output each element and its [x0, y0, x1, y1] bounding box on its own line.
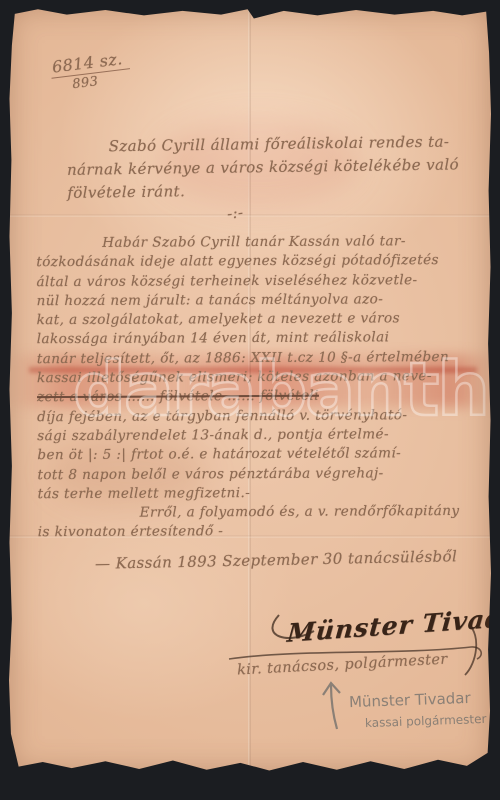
handwritten-line: kassai illetőségűnek elismeri; köteles a… — [37, 367, 487, 389]
handwritten-line: ben öt |: 5 :| frtot o.é. e határozat vé… — [37, 444, 487, 466]
handwritten-line: által a város községi terheinek viselésé… — [36, 270, 486, 292]
pencil-note-title: kassai polgármester — [365, 712, 487, 730]
handwritten-line: nül hozzá nem járult: a tanács méltányol… — [36, 290, 486, 312]
handwritten-line: tás terhe mellett megfizetni.- — [38, 483, 488, 505]
handwritten-line: lakossága irányában 14 éven át, mint reá… — [37, 328, 487, 350]
handwritten-line: Erről, a folyamodó és, a v. rendőrfőkapi… — [140, 502, 488, 523]
handwritten-line: fölvétele iránt. — [67, 176, 477, 205]
fold-crease-horizontal-upper — [9, 214, 491, 217]
handwritten-line-struck-through: zett a város …… fölvétele …… fölvételi — [37, 386, 487, 408]
reference-number: 6814 sz. 893 — [49, 48, 132, 94]
section-separator-flourish: -:- — [226, 203, 244, 223]
handwritten-line: sági szabályrendelet 13-ának d., pontja … — [37, 425, 487, 447]
handwritten-line: tanár teljesített, őt, az 1886: XXII t.c… — [37, 348, 487, 370]
body-paragraph: Habár Szabó Cyrill tanár Kassán való tar… — [36, 232, 488, 543]
handwritten-line: Habár Szabó Cyrill tanár Kassán való tar… — [36, 232, 486, 254]
signature-title: kir. tanácsos, polgármester — [237, 651, 448, 678]
mayor-signature: Münster Tivadar — [286, 601, 500, 648]
handwritten-line: tózkodásának ideje alatt egyenes községi… — [36, 251, 486, 273]
pencil-arrow-up-icon — [317, 679, 351, 731]
handwritten-line: kat, a szolgálatokat, amelyeket a neveze… — [37, 309, 487, 331]
document-heading: Szabó Cyrill állami főreáliskolai rendes… — [67, 130, 478, 205]
handwritten-line: díja fejében, az e tárgyban fennálló v. … — [37, 405, 487, 427]
document-paper: 6814 sz. 893 Szabó Cyrill állami főreáli… — [9, 7, 491, 772]
photo-background: 6814 sz. 893 Szabó Cyrill állami főreáli… — [0, 0, 500, 800]
pencil-note-name: Münster Tivadar — [349, 689, 471, 711]
handwritten-line: tott 8 napon belől e város pénztárába vé… — [37, 463, 487, 485]
dateline: Kassán 1893 Szeptember 30 tanácsülésből — [95, 547, 458, 573]
handwritten-line: is kivonaton értesítendő - — [38, 521, 488, 543]
